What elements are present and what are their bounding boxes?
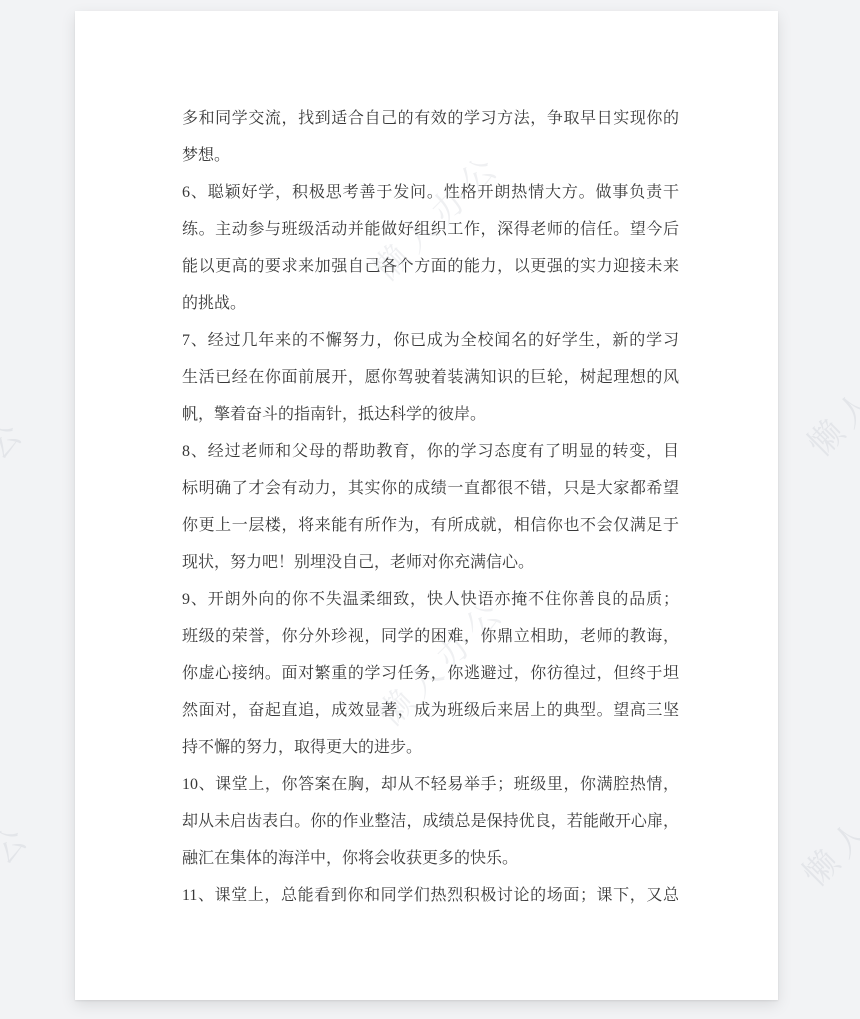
document-line: 7、经过几年来的不懈努力，你已成为全校闻名的好学生，新的学习 (182, 322, 679, 359)
document-line: 梦想。 (182, 137, 679, 174)
document-line: 融汇在集体的海洋中，你将会收获更多的快乐。 (182, 840, 679, 877)
paragraph-10: 10、课堂上，你答案在胸，却从不轻易举手；班级里，你满腔热情， 却从未启齿表白。… (182, 766, 679, 877)
document-line: 帆，擎着奋斗的指南针，抵达科学的彼岸。 (182, 396, 679, 433)
document-viewer-background: 多和同学交流，找到适合自己的有效的学习方法，争取早日实现你的 梦想。 6、聪颖好… (0, 0, 860, 1019)
document-line: 多和同学交流，找到适合自己的有效的学习方法，争取早日实现你的 (182, 100, 679, 137)
document-line: 你更上一层楼，将来能有所作为，有所成就，相信你也不会仅满足于 (182, 507, 679, 544)
document-line: 10、课堂上，你答案在胸，却从不轻易举手；班级里，你满腔热情， (182, 766, 679, 803)
paragraph-8: 8、经过老师和父母的帮助教育，你的学习态度有了明显的转变，目 标明确了才会有动力… (182, 433, 679, 581)
paragraph-9: 9、开朗外向的你不失温柔细致，快人快语亦掩不住你善良的品质； 班级的荣誉，你分外… (182, 581, 679, 766)
document-line: 班级的荣誉，你分外珍视，同学的困难，你鼎立相助，老师的教诲， (182, 618, 679, 655)
document-line: 持不懈的努力，取得更大的进步。 (182, 729, 679, 766)
paragraph-carryover: 多和同学交流，找到适合自己的有效的学习方法，争取早日实现你的 梦想。 (182, 100, 679, 174)
document-line: 6、聪颖好学，积极思考善于发问。性格开朗热情大方。做事负责干 (182, 174, 679, 211)
document-line: 却从未启齿表白。你的作业整洁，成绩总是保持优良，若能敞开心扉， (182, 803, 679, 840)
watermark: 懒人办公 (795, 315, 860, 466)
document-line: 现状，努力吧！别埋没自己，老师对你充满信心。 (182, 544, 679, 581)
paragraph-11: 11、课堂上，总能看到你和同学们热烈积极讨论的场面；课下，又总 (182, 877, 679, 914)
document-line: 你虚心接纳。面对繁重的学习任务，你逃避过，你彷徨过，但终于坦 (182, 655, 679, 692)
watermark: 懒人办公 (0, 405, 35, 556)
document-page: 多和同学交流，找到适合自己的有效的学习方法，争取早日实现你的 梦想。 6、聪颖好… (75, 11, 778, 1000)
paragraph-6: 6、聪颖好学，积极思考善于发问。性格开朗热情大方。做事负责干 练。主动参与班级活… (182, 174, 679, 322)
document-line: 生活已经在你面前展开，愿你驾驶着装满知识的巨轮，树起理想的风 (182, 359, 679, 396)
document-line: 9、开朗外向的你不失温柔细致，快人快语亦掩不住你善良的品质； (182, 581, 679, 618)
document-line: 练。主动参与班级活动并能做好组织工作，深得老师的信任。望今后 (182, 211, 679, 248)
watermark: 懒人办公 (790, 745, 860, 896)
paragraph-7: 7、经过几年来的不懈努力，你已成为全校闻名的好学生，新的学习 生活已经在你面前展… (182, 322, 679, 433)
document-line: 然面对，奋起直追，成效显著，成为班级后来居上的典型。望高三坚 (182, 692, 679, 729)
document-line: 能以更高的要求来加强自己各个方面的能力，以更强的实力迎接未来 (182, 248, 679, 285)
document-text: 多和同学交流，找到适合自己的有效的学习方法，争取早日实现你的 梦想。 6、聪颖好… (182, 100, 679, 914)
document-line: 标明确了才会有动力，其实你的成绩一直都很不错，只是大家都希望 (182, 470, 679, 507)
document-line: 的挑战。 (182, 285, 679, 322)
document-line: 8、经过老师和父母的帮助教育，你的学习态度有了明显的转变，目 (182, 433, 679, 470)
document-line: 11、课堂上，总能看到你和同学们热烈积极讨论的场面；课下，又总 (182, 877, 679, 914)
watermark: 懒人办公 (0, 810, 40, 961)
